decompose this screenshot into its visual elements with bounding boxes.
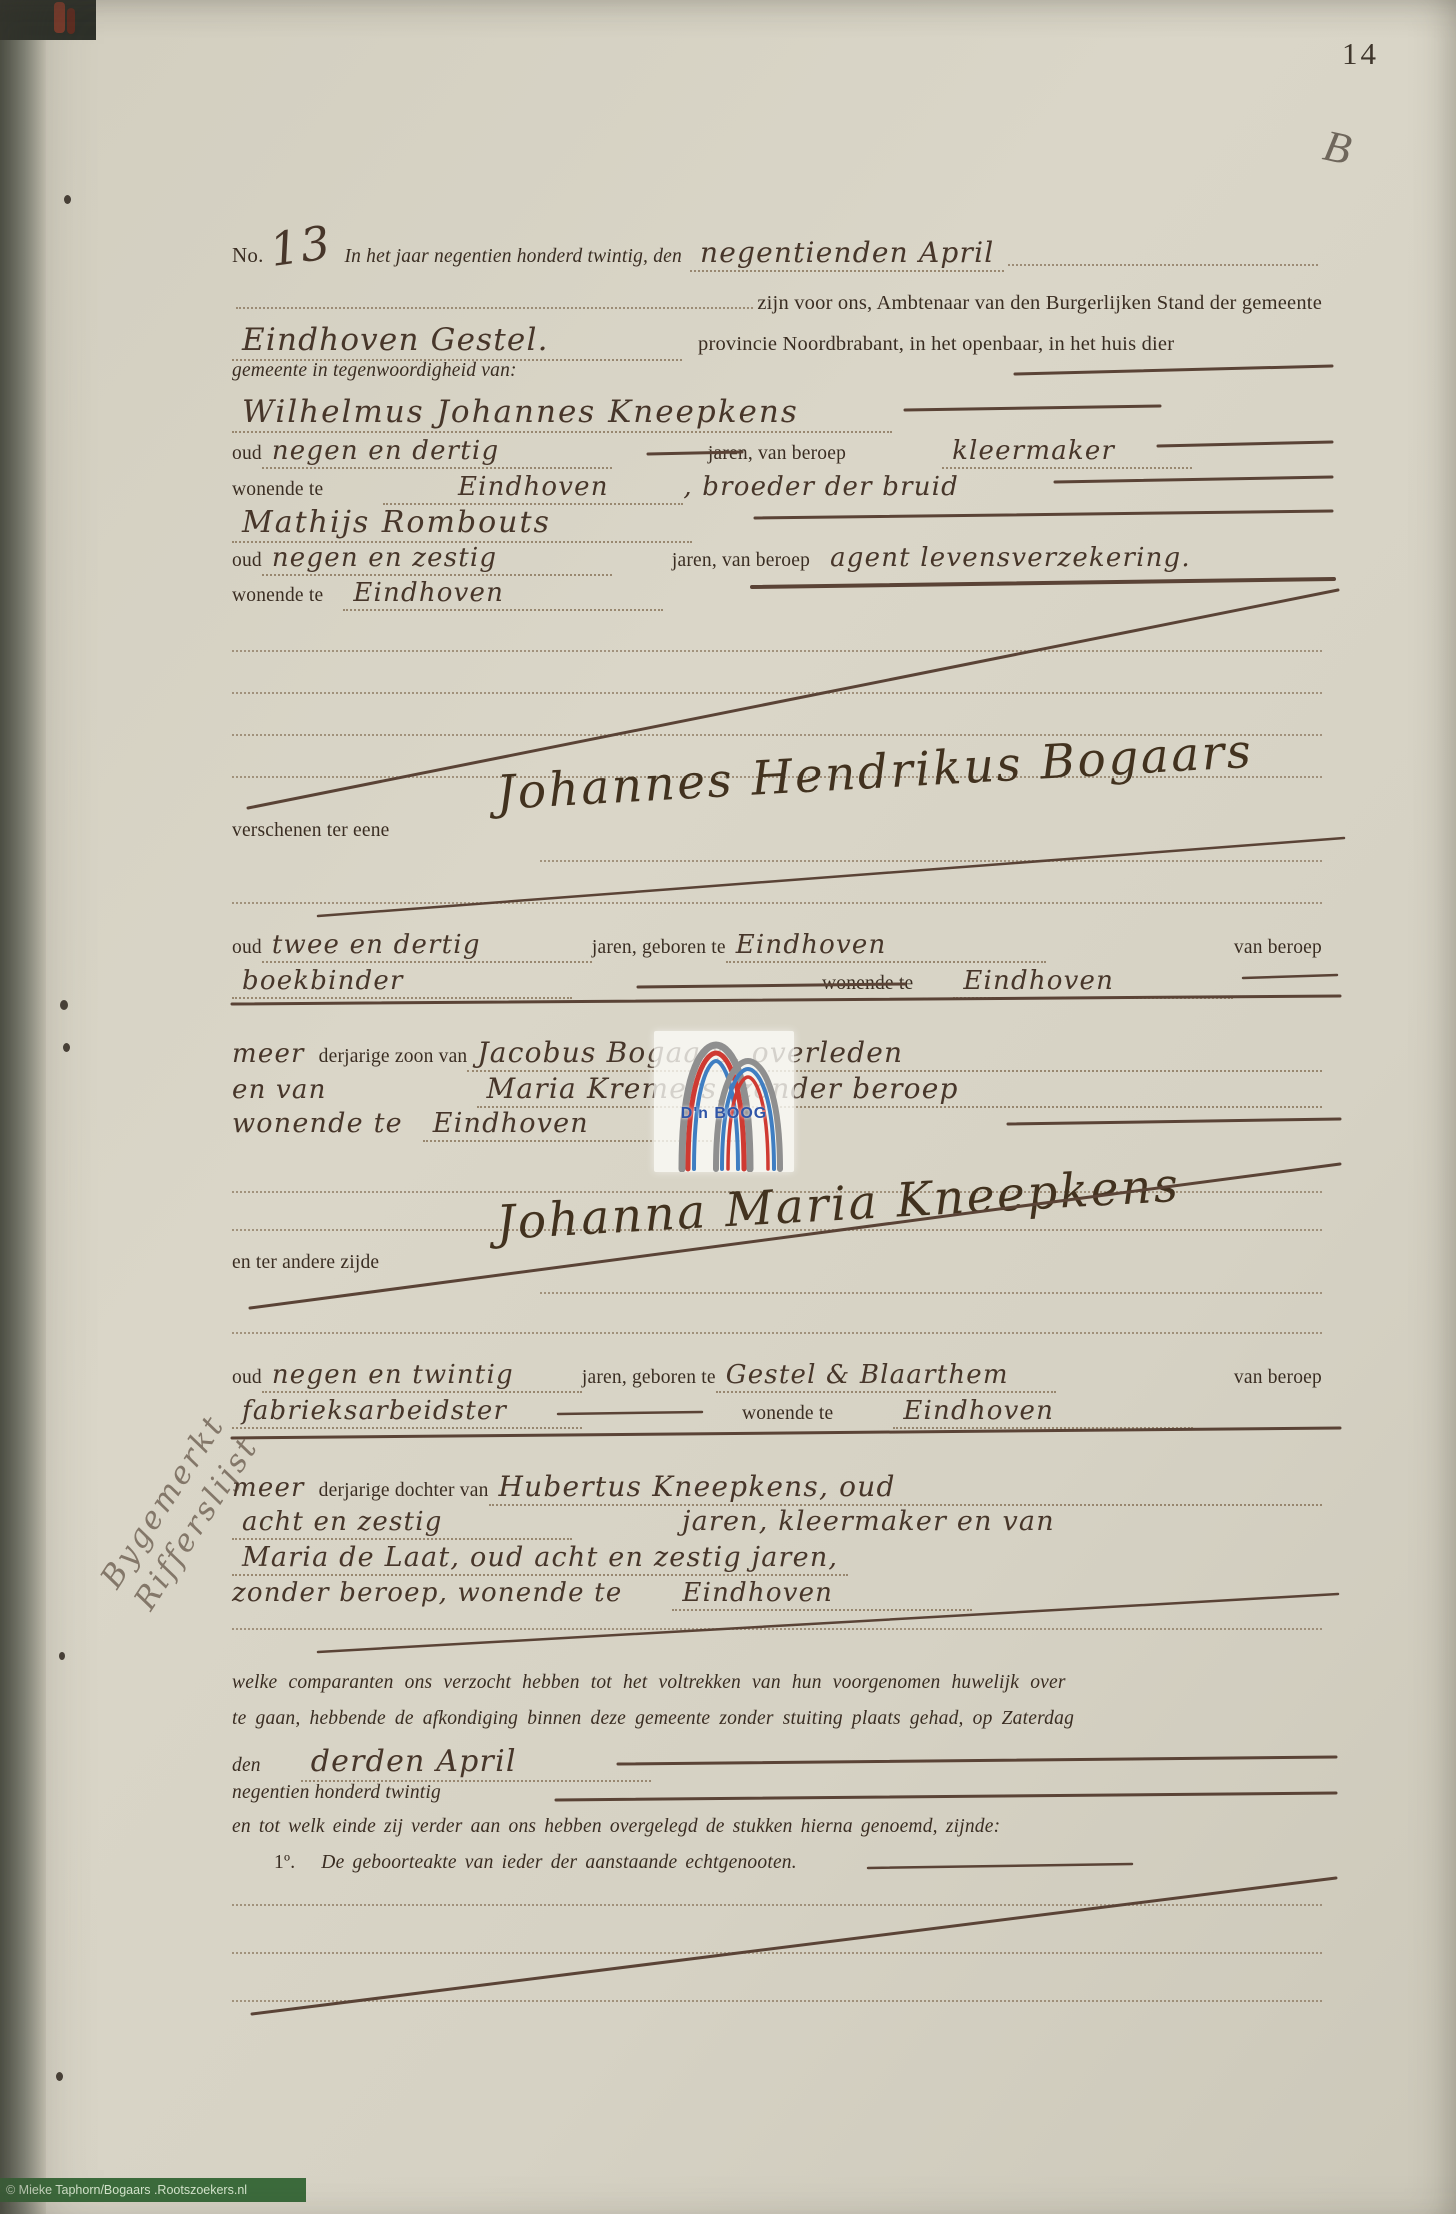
witness1-residence: Eindhoven xyxy=(383,472,683,505)
wonende-label: wonende te xyxy=(232,479,323,501)
empty-ruled-line xyxy=(540,1290,1322,1294)
groom-birthplace: Eindhoven xyxy=(726,930,1046,963)
scan-dark-corner xyxy=(0,0,96,40)
witness1-age: negen en dertig xyxy=(262,436,612,469)
witness1-name-line: Wilhelmus Johannes Kneepkens xyxy=(232,394,1322,433)
wonende-label: wonende te xyxy=(822,973,913,995)
bride-residence: Eindhoven xyxy=(893,1396,1193,1429)
closing-text: te gaan, hebbende de afkondiging binnen … xyxy=(232,1708,1074,1730)
dotted-leader xyxy=(236,307,753,309)
page-number: 14 xyxy=(1342,36,1379,72)
bride-parents-residence-line: zonder beroep, wonende te Eindhoven xyxy=(232,1578,1322,1611)
witness1-name: Wilhelmus Johannes Kneepkens xyxy=(232,394,892,433)
daughter-of-label: derjarige dochter van xyxy=(319,1480,489,1502)
witness2-residence-line: wonende te Eindhoven xyxy=(232,578,1322,611)
empty-ruled-line xyxy=(232,900,1322,904)
bride-parents-line3: Maria de Laat, oud acht en zestig jaren, xyxy=(232,1542,1322,1576)
witness1-residence-line: wonende te Eindhoven , broeder der bruid xyxy=(232,472,1322,505)
presence-printed: gemeente in tegenwoordigheid van: xyxy=(232,360,517,382)
empty-ruled-line xyxy=(232,690,1322,694)
empty-ruled-line xyxy=(232,648,1322,652)
oud-label: oud xyxy=(232,937,262,959)
bride-father: Hubertus Kneepkens, oud xyxy=(489,1470,1322,1506)
bride-birthplace: Gestel & Blaarthem xyxy=(716,1360,1056,1393)
zonder-beroep-wonende-handwritten: zonder beroep, wonende te xyxy=(232,1578,622,1608)
groom-father: Jacobus Bogaars, overleden xyxy=(467,1036,1322,1072)
stitch-hole xyxy=(63,1043,70,1052)
stitch-hole xyxy=(56,2072,63,2081)
oud-label: oud xyxy=(232,1367,262,1389)
groom-intro-printed: verschenen ter eene xyxy=(232,820,390,842)
empty-ruled-line xyxy=(540,858,1322,862)
van-beroep-label: van beroep xyxy=(1234,937,1322,959)
document-item-1: 1º. De geboorteakte van ieder der aansta… xyxy=(232,1852,1322,1874)
empty-ruled-line xyxy=(232,1626,1322,1630)
bride-father-age: acht en zestig xyxy=(232,1507,572,1540)
bride-parents-line2: acht en zestig jaren, kleermaker en van xyxy=(232,1506,1322,1540)
closing-paragraph-1: welke comparanten ons verzocht hebben to… xyxy=(232,1672,1322,1694)
year-printed: negentien honderd twintig xyxy=(232,1782,441,1804)
archive-watermark: D'n BOOG xyxy=(654,1031,794,1172)
empty-ruled-line xyxy=(232,1950,1322,1954)
witness2-residence: Eindhoven xyxy=(343,578,663,611)
closing-text: en tot welk einde zij verder aan ons heb… xyxy=(232,1816,1000,1838)
presence-line: gemeente in tegenwoordigheid van: xyxy=(232,360,1322,382)
bride-intro-line: en ter andere zijde xyxy=(232,1252,1322,1274)
witness1-age-line: oud negen en dertig jaren, van beroep kl… xyxy=(232,436,1322,469)
bride-age: negen en twintig xyxy=(262,1360,582,1393)
arch-logo-icon xyxy=(654,1031,794,1172)
bride-occupation: fabrieksarbeidster xyxy=(232,1396,582,1429)
groom-age-line: oud twee en dertig jaren, geboren te Ein… xyxy=(232,930,1322,963)
witness2-age-line: oud negen en zestig jaren, van beroep ag… xyxy=(232,543,1322,576)
closing-text: welke comparanten ons verzocht hebben to… xyxy=(232,1672,1066,1694)
empty-ruled-line xyxy=(232,1330,1322,1334)
wonende-label: wonende te xyxy=(232,585,323,607)
pencil-monogram: B xyxy=(1319,120,1356,175)
wonende-te-handwritten: wonende te xyxy=(232,1108,403,1139)
credit-bar: © Mieke Taphorn/Bogaars .Rootszoekers.nl xyxy=(0,2178,306,2202)
bride-parents-residence: Eindhoven xyxy=(672,1578,972,1611)
dotted-leader xyxy=(1008,264,1318,266)
jaren-geboren-label: jaren, geboren te xyxy=(582,1367,716,1389)
den-label: den xyxy=(232,1755,261,1777)
item-number: 1º. xyxy=(274,1852,295,1874)
municipality-line: Eindhoven Gestel. provincie Noordbrabant… xyxy=(232,322,1322,361)
witness2-occupation: agent levensverzekering. xyxy=(830,543,1191,573)
jaren-beroep-label: jaren, van beroep xyxy=(672,550,810,572)
van-beroep-label: van beroep xyxy=(1234,1367,1322,1389)
bride-intro-printed: en ter andere zijde xyxy=(232,1252,379,1274)
bride-name-handwritten: Johanna Maria Kneepkens xyxy=(495,1158,1182,1251)
witness2-name: Mathijs Rombouts xyxy=(232,505,692,543)
bride-father-occupation: jaren, kleermaker en van xyxy=(682,1506,1055,1537)
empty-ruled-line xyxy=(232,1902,1322,1906)
item-text: De geboorteakte van ieder der aanstaande… xyxy=(321,1852,797,1874)
bride-mother: Maria de Laat, oud acht en zestig jaren, xyxy=(232,1542,848,1576)
stitch-hole xyxy=(59,1652,65,1660)
act-number-and-year-line: No. 13 In het jaar negentien honderd twi… xyxy=(232,236,1322,272)
groom-mother: Maria Kremers, zonder beroep xyxy=(477,1072,1322,1108)
witness1-relation: , broeder der bruid xyxy=(683,472,959,502)
groom-intro-line: verschenen ter eene xyxy=(232,820,1322,842)
oud-label: oud xyxy=(232,550,262,572)
year-printed: In het jaar negentien honderd twintig, d… xyxy=(344,246,682,268)
groom-residence: Eindhoven xyxy=(953,966,1233,999)
book-binding-edge xyxy=(0,0,46,2214)
meerderjarig-prefix-handwritten: meer xyxy=(232,1473,305,1503)
jaren-beroep-label: jaren, van beroep xyxy=(708,443,846,465)
groom-occupation-line: boekbinder wonende te Eindhoven xyxy=(232,966,1322,999)
municipality-handwritten: Eindhoven Gestel. xyxy=(232,322,682,361)
banns-year-line: negentien honderd twintig xyxy=(232,1782,1322,1804)
groom-occupation: boekbinder xyxy=(232,966,572,999)
witness2-age: negen en zestig xyxy=(262,543,612,576)
en-van-handwritten: en van xyxy=(232,1075,327,1105)
groom-name-handwritten: Johannes Hendrikus Bogaars xyxy=(495,724,1255,821)
watermark-text: D'n BOOG xyxy=(654,1105,794,1123)
closing-paragraph-2: te gaan, hebbende de afkondiging binnen … xyxy=(232,1708,1322,1730)
act-number-handwritten: 13 xyxy=(268,232,331,260)
province-printed: provincie Noordbrabant, in het openbaar,… xyxy=(698,333,1174,356)
wonende-label: wonende te xyxy=(742,1403,833,1425)
banns-date-line: den derden April xyxy=(232,1744,1322,1782)
marriage-date-handwritten: negentienden April xyxy=(690,236,1004,272)
scanned-register-page: 14 B Bygemerkt Rifferslijst No. 13 In he… xyxy=(0,0,1456,2214)
witness2-name-line: Mathijs Rombouts xyxy=(232,505,1322,543)
officer-line: zijn voor ons, Ambtenaar van den Burgerl… xyxy=(232,292,1322,315)
bride-occupation-line: fabrieksarbeidster wonende te Eindhoven xyxy=(232,1396,1322,1429)
officer-printed: zijn voor ons, Ambtenaar van den Burgerl… xyxy=(757,292,1322,315)
groom-age: twee en dertig xyxy=(262,930,592,963)
son-of-label: derjarige zoon van xyxy=(319,1046,468,1068)
spine-mark xyxy=(67,8,75,34)
bride-parents-line1: meer derjarige dochter van Hubertus Knee… xyxy=(232,1470,1322,1506)
oud-label: oud xyxy=(232,443,262,465)
empty-ruled-line xyxy=(232,1998,1322,2002)
closing-paragraph-3: en tot welk einde zij verder aan ons heb… xyxy=(232,1816,1322,1838)
stitch-hole xyxy=(60,1000,68,1010)
no-label: No. xyxy=(232,243,264,268)
banns-date-handwritten: derden April xyxy=(301,1744,651,1782)
meerderjarig-prefix-handwritten: meer xyxy=(232,1039,305,1069)
witness1-occupation: kleermaker xyxy=(942,436,1192,469)
bride-age-line: oud negen en twintig jaren, geboren te G… xyxy=(232,1360,1322,1393)
spine-mark xyxy=(54,2,65,33)
stitch-hole xyxy=(64,195,71,204)
jaren-geboren-label: jaren, geboren te xyxy=(592,937,726,959)
